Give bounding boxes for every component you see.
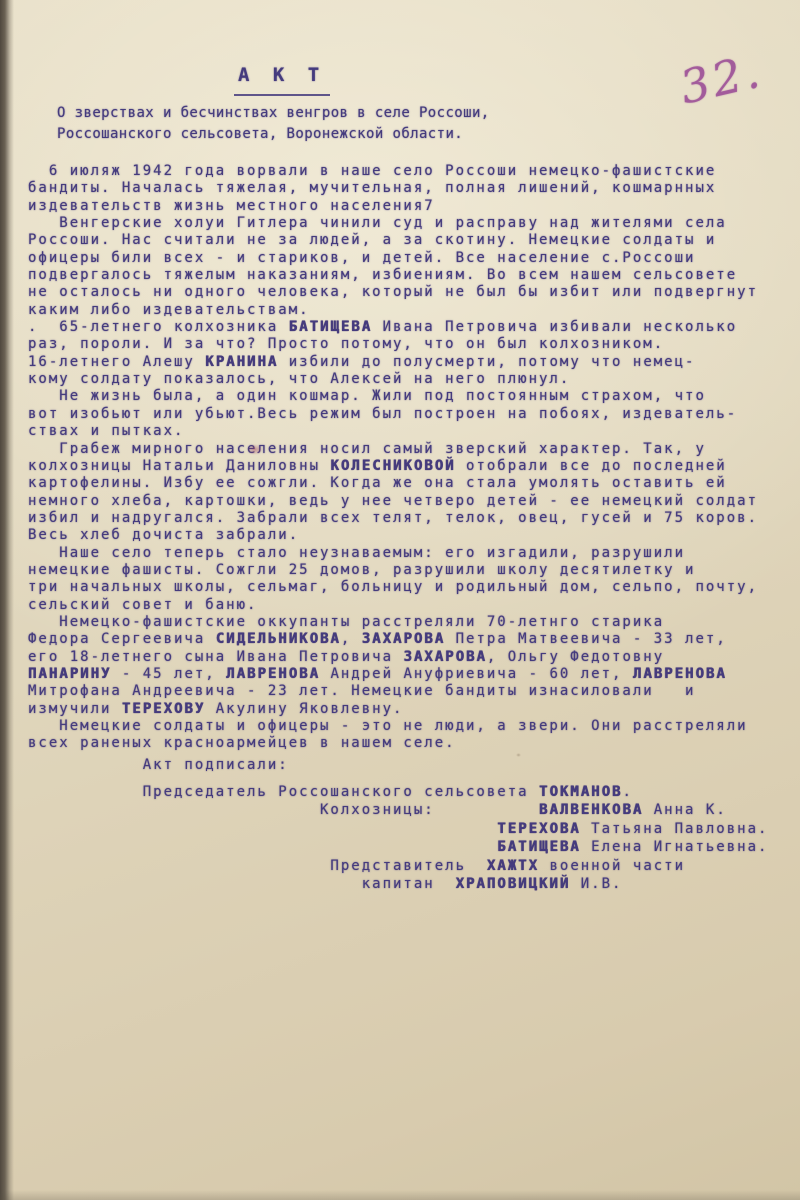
body-line: . 65-летнего колхозника БАТИЩЕВА Ивана П… [28,319,758,336]
body-line: Грабеж мирного населения носил самый зве… [28,441,758,458]
body-line: кому солдату показалось, что Алексей на … [28,371,758,388]
body-line: Митрофана Андреевича - 23 лет. Немецкие … [28,683,758,700]
body-line: картофелины. Избу ее сожгли. Когда же он… [28,475,758,492]
signature-block: Акт подписали: Председатель Россошанског… [28,756,768,894]
act-subtitle: О зверствах и бесчинствах венгров в селе… [57,103,490,145]
body-line: Федора Сергеевича СИДЕЛЬНИКОВА, ЗАХАРОВА… [28,631,758,648]
ink-stain [247,444,263,455]
signature-line: БАТИЩЕВА Елена Игнатьевна. [28,838,768,857]
body-line: немецкие фашисты. Сожгли 25 домов, разру… [28,562,758,579]
body-line: подвергалось тяжелым наказаниям, избиени… [28,267,758,284]
body-line: 16-летнего Алешу КРАНИНА избили до полус… [28,354,758,371]
body-line: офицеры били всех - и стариков, и детей.… [28,250,758,267]
body-line: 6 июляж 1942 года ворвали в наше село Ро… [28,163,758,180]
body-line: три начальных школы, сельмаг, больницу и… [28,579,758,596]
body-line: Немецко-фашистские оккупанты расстреляли… [28,614,758,631]
body-line: его 18-летнего сына Ивана Петровича ЗАХА… [28,649,758,666]
body-line: измучили ТЕРЕХОВУ Акулину Яковлевну. [28,701,758,718]
subtitle-line: Россошанского сельсовета, Воронежской об… [57,124,490,145]
title-underline [234,94,330,96]
body-line: Наше село теперь стало неузнаваемым: его… [28,545,758,562]
signature-line: Председатель Россошанского сельсовета ТО… [28,783,768,802]
scan-left-edge-shadow [0,0,14,1200]
body-line: избил и надругался. Забрали всех телят, … [28,510,758,527]
body-line: Венгерские холуи Гитлера чинили суд и ра… [28,215,758,232]
body-line: каким либо издевательствам. [28,302,758,319]
signature-line: Представитель ХАЖТХ военной части [28,857,768,876]
body-line: ПАНАРИНУ - 45 лет, ЛАВРЕНОВА Андрей Ануф… [28,666,758,683]
scan-bottom-edge-shadow [0,1190,800,1200]
signature-line: Акт подписали: [28,756,768,775]
body-line: Не жизнь была, а один кошмар. Жили под п… [28,388,758,405]
signature-line: капитан ХРАПОВИЦКИЙ И.В. [28,875,768,894]
body-line: Весь хлеб дочиста забрали. [28,527,758,544]
body-line: раз, пороли. И за что? Просто потому, чт… [28,336,758,353]
body-line: немного хлеба, картошки, ведь у нее четв… [28,493,758,510]
handwritten-page-number: 32. [675,43,767,114]
body-line: Немецкие солдаты и офицеры - это не люди… [28,718,758,735]
body-line: ствах и пытках. [28,423,758,440]
body-line: бандиты. Началась тяжелая, мучительная, … [28,180,758,197]
body-line: колхозницы Натальи Даниловны КОЛЕСНИКОВО… [28,458,758,475]
body-line: сельский совет и баню. [28,597,758,614]
body-line: издевательств жизнь местного населения7 [28,198,758,215]
act-title: А К Т [238,64,325,86]
body-line: Россоши. Нас считали не за людей, а за с… [28,232,758,249]
document-page: 32. А К Т О зверствах и бесчинствах венг… [0,0,800,1200]
body-line: вот изобьют или убьют.Весь режим был пос… [28,406,758,423]
signature-line: ТЕРЕХОВА Татьяна Павловна. [28,820,768,839]
paper-speck [516,753,521,757]
body-line: всех раненых красноармейцев в нашем селе… [28,735,758,752]
body-line: не осталось ни одного человека, который … [28,284,758,301]
act-body-text: 6 июляж 1942 года ворвали в наше село Ро… [28,163,758,753]
subtitle-line: О зверствах и бесчинствах венгров в селе… [57,103,490,124]
signature-line: Колхозницы: ВАЛВЕНКОВА Анна К. [28,801,768,820]
